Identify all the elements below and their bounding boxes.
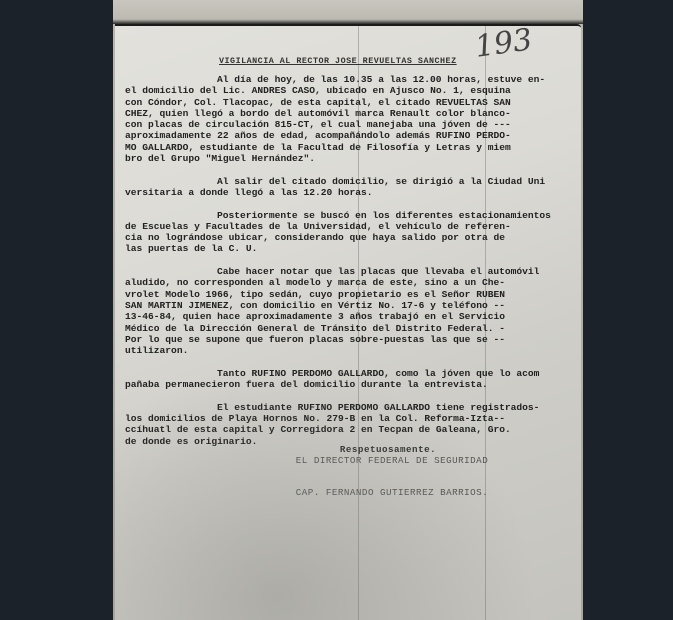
text-line: vrolet Modelo 1966, tipo sedán, cuyo pro… [125, 289, 580, 300]
paragraph-5: Tanto RUFINO PERDOMO GALLARDO, como la j… [125, 368, 580, 391]
document-photo: 193 VIGILANCIA AL RECTOR JOSE REVUELTAS … [113, 0, 583, 620]
text-line: ccíhuatl de esta capital y Corregidora 2… [125, 424, 580, 435]
text-line: Al salir del citado domicilio, se dirigi… [125, 176, 580, 187]
text-line: versitaria a donde llegó a las 12.20 hor… [125, 187, 580, 198]
paragraph-3: Posteriormente se buscó en los diferente… [125, 210, 580, 255]
text-line: CHEZ, quien llegó a bordo del automóvil … [125, 108, 580, 119]
text-line: el domicilio del Lic. ANDRES CASO, ubica… [125, 85, 580, 96]
paragraph-2: Al salir del citado domicilio, se dirigi… [125, 176, 580, 199]
text-line: con placas de circulación 815-CT, el cua… [125, 119, 580, 130]
text-line: 13-46-84, quien hace aproximadamente 3 a… [125, 311, 580, 322]
text-line: Cabe hacer notar que las placas que llev… [125, 266, 580, 277]
text-line: de Escuelas y Facultades de la Universid… [125, 221, 580, 232]
text-line: Por lo que se supone que fueron placas s… [125, 334, 580, 345]
document-body: Al día de hoy, de las 10.35 a las 12.00 … [125, 74, 580, 458]
text-line: El estudiante RUFINO PERDOMO GALLARDO ti… [125, 402, 580, 413]
signature-title: EL DIRECTOR FEDERAL DE SEGURIDAD [159, 455, 583, 466]
text-line: Al día de hoy, de las 10.35 a las 12.00 … [125, 74, 580, 85]
text-line: con Cóndor, Col. Tlacopac, de esta capit… [125, 97, 580, 108]
text-line: Posteriormente se buscó en los diferente… [125, 210, 580, 221]
paragraph-6: El estudiante RUFINO PERDOMO GALLARDO ti… [125, 402, 580, 447]
text-line: aproximadamente 22 años de edad, acompañ… [125, 130, 580, 141]
typewritten-page: 193 VIGILANCIA AL RECTOR JOSE REVUELTAS … [115, 24, 581, 620]
signature-name: CAP. FERNANDO GUTIERREZ BARRIOS. [159, 487, 583, 498]
text-line: SAN MARTIN JIMENEZ, con domicilio en Vér… [125, 300, 580, 311]
text-line: cia no lográndose ubicar, considerando q… [125, 232, 580, 243]
handwritten-folio-number: 193 [473, 22, 535, 65]
paragraph-4: Cabe hacer notar que las placas que llev… [125, 266, 580, 356]
text-line: aludido, no corresponden al modelo y mar… [125, 277, 580, 288]
text-line: pañaba permanecieron fuera del domicilio… [125, 379, 580, 390]
paragraph-1: Al día de hoy, de las 10.35 a las 12.00 … [125, 74, 580, 164]
text-line: MO GALLARDO, estudiante de la Facultad d… [125, 142, 580, 153]
closing-salutation: Respetuosamente. [155, 444, 583, 455]
previous-sheet-edge [113, 0, 583, 24]
document-title: VIGILANCIA AL RECTOR JOSE REVUELTAS SANC… [219, 56, 457, 66]
text-line: los domicilios de Playa Hornos No. 279-B… [125, 413, 580, 424]
text-line: Médico de la Dirección General de Tránsi… [125, 323, 580, 334]
text-line: Tanto RUFINO PERDOMO GALLARDO, como la j… [125, 368, 580, 379]
text-line: las puertas de la C. U. [125, 243, 580, 254]
text-line: bro del Grupo "Miguel Hernández". [125, 153, 580, 164]
text-line: utilizaron. [125, 345, 580, 356]
